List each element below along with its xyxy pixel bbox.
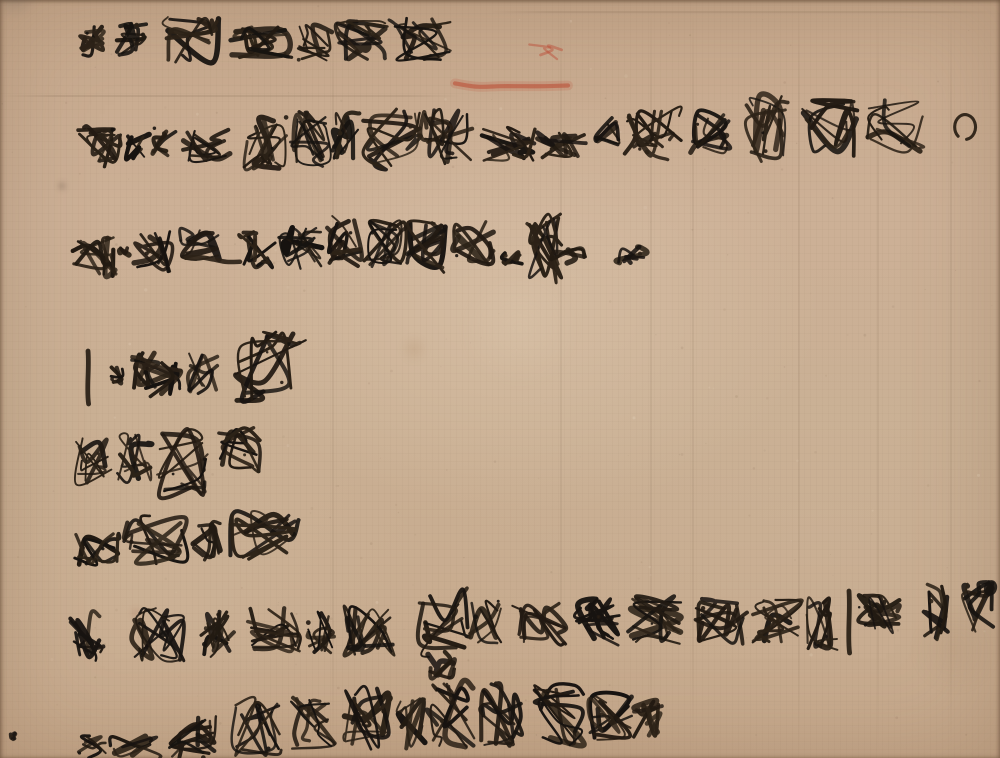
glyph-cluster xyxy=(110,736,161,757)
glyph-cluster xyxy=(343,686,391,749)
glyph-cluster xyxy=(364,220,407,266)
glyph-cluster xyxy=(753,600,802,642)
glyph-cluster xyxy=(537,132,586,157)
glyph-cluster xyxy=(88,351,89,404)
glyph-cluster xyxy=(634,700,662,737)
glyph-cluster xyxy=(479,683,522,745)
glyph-cluster xyxy=(230,511,298,559)
glyph-cluster xyxy=(124,516,188,564)
glyph-cluster xyxy=(344,606,395,656)
glyph-cluster xyxy=(427,680,474,747)
glyph-cluster xyxy=(169,716,216,758)
text-row-4 xyxy=(88,332,306,404)
glyph-cluster xyxy=(595,118,619,145)
glyph-cluster xyxy=(157,429,208,498)
text-row-1 xyxy=(80,17,451,63)
glyph-cluster xyxy=(527,214,561,283)
glyph-cluster xyxy=(193,522,220,560)
glyph-cluster xyxy=(534,684,584,746)
glyph-cluster xyxy=(470,600,501,643)
glyph-cluster xyxy=(849,591,850,653)
glyph-cluster xyxy=(297,25,332,62)
glyph-cluster xyxy=(117,433,151,483)
glyph-cluster xyxy=(71,238,116,277)
glyph-cluster xyxy=(248,608,301,651)
glyph-cluster xyxy=(201,612,234,657)
glyph-cluster xyxy=(80,27,104,56)
glyph-cluster xyxy=(78,736,106,758)
glyph-cluster xyxy=(132,353,181,396)
glyph-cluster xyxy=(244,115,289,170)
glyph-cluster xyxy=(132,608,184,661)
glyph-cluster xyxy=(512,604,566,646)
glyph-cluster xyxy=(453,222,494,265)
glyph-cluster xyxy=(397,698,425,748)
glyph-cluster xyxy=(625,107,682,160)
glyph-cluster xyxy=(153,126,176,155)
glyph-cluster xyxy=(75,534,120,565)
text-row-5 xyxy=(75,428,260,498)
glyph-cluster xyxy=(418,588,470,657)
glyph-cluster xyxy=(363,109,421,169)
glyph-cluster xyxy=(502,252,522,264)
text-row-7 xyxy=(70,578,999,661)
glyph-cluster xyxy=(291,698,335,749)
glyph-cluster xyxy=(335,21,387,59)
text-row-3 xyxy=(71,214,647,283)
glyph-cluster xyxy=(616,247,647,263)
glyph-cluster xyxy=(867,100,924,152)
glyph-cluster xyxy=(239,232,276,268)
glyph-cluster xyxy=(163,17,219,63)
glyph-cluster xyxy=(75,438,111,485)
glyph-cluster xyxy=(10,733,15,739)
glyph-cluster xyxy=(232,697,281,756)
glyph-cluster xyxy=(745,94,787,162)
glyph-cluster xyxy=(291,112,331,167)
glyph-cluster xyxy=(279,228,322,269)
glyph-cluster xyxy=(231,27,292,57)
ink-layer xyxy=(0,0,1000,758)
text-row-8 xyxy=(10,652,662,758)
glyph-cluster xyxy=(428,652,455,679)
glyph-cluster xyxy=(924,584,948,639)
glyph-cluster xyxy=(126,134,149,159)
glyph-cluster xyxy=(70,611,103,661)
glyph-cluster xyxy=(407,221,446,273)
glyph-cluster xyxy=(117,23,146,55)
glyph-cluster xyxy=(695,599,747,644)
glyph-cluster xyxy=(78,126,121,167)
glyph-cluster xyxy=(119,246,129,255)
glyph-cluster xyxy=(482,127,535,160)
glyph-cluster xyxy=(389,18,451,60)
glyph-cluster xyxy=(110,367,123,383)
red-seal-marks xyxy=(455,45,568,87)
glyph-cluster xyxy=(306,612,334,653)
glyph-cluster xyxy=(955,115,976,140)
glyph-cluster xyxy=(691,110,731,153)
glyph-cluster xyxy=(332,113,359,159)
glyph-cluster xyxy=(807,597,838,650)
glyph-cluster xyxy=(420,109,472,164)
text-row-6 xyxy=(75,511,299,565)
glyph-cluster xyxy=(188,354,217,394)
glyph-cluster xyxy=(134,232,172,272)
glyph-cluster xyxy=(858,595,900,633)
manuscript-photo xyxy=(0,0,1000,758)
text-row-2 xyxy=(78,94,975,170)
glyph-cluster xyxy=(183,130,230,162)
glyph-cluster xyxy=(574,599,619,645)
glyph-cluster xyxy=(327,216,362,266)
glyph-cluster xyxy=(588,693,632,740)
glyph-cluster xyxy=(628,596,681,644)
glyph-cluster xyxy=(235,332,305,402)
glyph-cluster xyxy=(802,100,857,156)
glyph-cluster xyxy=(219,428,260,472)
